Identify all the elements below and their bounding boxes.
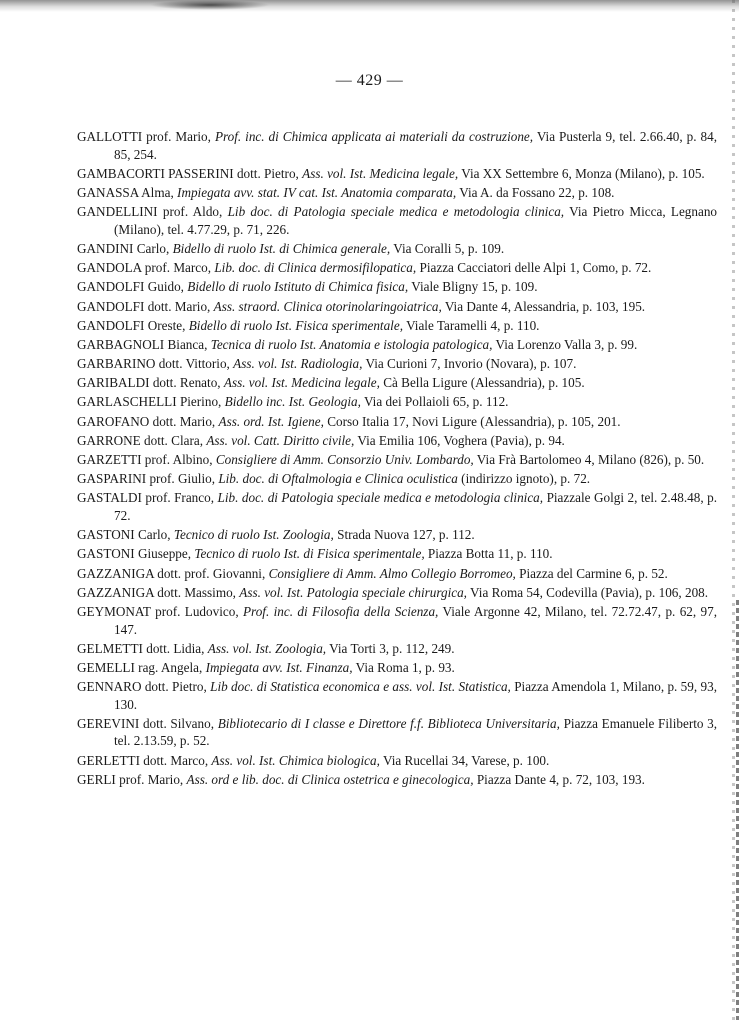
entry-person: dott. Clara, bbox=[144, 433, 203, 448]
entry-address: Corso Italia 17, Novi Ligure (Alessandri… bbox=[327, 414, 620, 429]
entry-role: Bidello inc. Ist. Geologia, bbox=[225, 394, 361, 409]
directory-entry: GELMETTI dott. Lidia, Ass. vol. Ist. Zoo… bbox=[77, 640, 717, 658]
entry-name: GAROFANO bbox=[77, 414, 149, 429]
entry-name: GARZETTI bbox=[77, 452, 141, 467]
entry-person: dott. Massimo, bbox=[157, 585, 236, 600]
directory-entry: GANDOLFI Guido, Bidello di ruolo Istitut… bbox=[77, 278, 717, 296]
entry-address: Via Torti 3, p. 112, 249. bbox=[329, 641, 454, 656]
entry-name: GAMBACORTI PASSERINI bbox=[77, 166, 234, 181]
entry-person: dott. Pietro, bbox=[145, 679, 207, 694]
entry-role: Ass. vol. Ist. Medicina legale, bbox=[224, 375, 380, 390]
entry-role: Bidello di ruolo Istituto di Chimica fis… bbox=[187, 279, 408, 294]
directory-entry: GALLOTTI prof. Mario, Prof. inc. di Chim… bbox=[77, 128, 717, 163]
entry-name: GELMETTI bbox=[77, 641, 143, 656]
entry-person: rag. Angela, bbox=[138, 660, 202, 675]
entry-name: GARLASCHELLI bbox=[77, 394, 177, 409]
entry-person: dott. Renato, bbox=[153, 375, 221, 390]
directory-entry: GASTONI Giuseppe, Tecnico di ruolo Ist. … bbox=[77, 545, 717, 563]
entry-person: Alma, bbox=[141, 185, 174, 200]
entry-role: Ass. vol. Ist. Radiologia, bbox=[233, 356, 362, 371]
entry-role: Impiegata avv. Ist. Finanza, bbox=[206, 660, 353, 675]
entry-name: GAZZANIGA bbox=[77, 585, 154, 600]
entry-person: Pierino, bbox=[180, 394, 221, 409]
directory-entry: GARRONE dott. Clara, Ass. vol. Catt. Dir… bbox=[77, 432, 717, 450]
entry-role: Ass. vol. Ist. Zoologia, bbox=[208, 641, 326, 656]
entry-address: Cà Bella Ligure (Alessandria), p. 105. bbox=[383, 375, 584, 390]
entry-name: GEYMONAT bbox=[77, 604, 151, 619]
entry-role: Ass. vol. Ist. Medicina legale, bbox=[302, 166, 458, 181]
entry-name: GERLI bbox=[77, 772, 116, 787]
directory-entry: GANDOLA prof. Marco, Lib. doc. di Clinic… bbox=[77, 259, 717, 277]
entry-role: Tecnica di ruolo Ist. Anatomia e istolog… bbox=[211, 337, 493, 352]
entry-address: Viale Taramelli 4, p. 110. bbox=[406, 318, 539, 333]
entry-address: Via Lorenzo Valla 3, p. 99. bbox=[495, 337, 637, 352]
entry-name: GANASSA bbox=[77, 185, 139, 200]
entry-person: prof. Mario, bbox=[146, 129, 211, 144]
entry-address: Viale Bligny 15, p. 109. bbox=[411, 279, 537, 294]
entry-name: GASTALDI bbox=[77, 490, 142, 505]
scan-top-edge bbox=[0, 0, 739, 12]
entry-name: GEMELLI bbox=[77, 660, 135, 675]
directory-entry: GASPARINI prof. Giulio, Lib. doc. di Oft… bbox=[77, 470, 717, 488]
entry-address: Via Curioni 7, Invorio (Novara), p. 107. bbox=[366, 356, 577, 371]
entry-address: Piazza Dante 4, p. 72, 103, 193. bbox=[477, 772, 645, 787]
entry-address: Strada Nuova 127, p. 112. bbox=[337, 527, 475, 542]
scan-right-edge bbox=[732, 0, 735, 1024]
directory-entry: GANDOLFI Oreste, Bidello di ruolo Ist. F… bbox=[77, 317, 717, 335]
entry-person: prof. Giulio, bbox=[149, 471, 215, 486]
entry-person: dott. Vittorio, bbox=[159, 356, 230, 371]
entry-name: GARBARINO bbox=[77, 356, 155, 371]
entry-name: GERLETTI bbox=[77, 753, 140, 768]
entry-person: dott. Mario, bbox=[148, 299, 211, 314]
directory-entry: GEMELLI rag. Angela, Impiegata avv. Ist.… bbox=[77, 659, 717, 677]
entry-role: Bidello di ruolo Ist. di Chimica general… bbox=[173, 241, 391, 256]
directory-entry: GAROFANO dott. Mario, Ass. ord. Ist. Igi… bbox=[77, 413, 717, 431]
entry-person: Bianca, bbox=[167, 337, 207, 352]
entry-role: Tecnico di ruolo Ist. Zoologia, bbox=[174, 527, 334, 542]
entry-address: Via A. da Fossano 22, p. 108. bbox=[459, 185, 614, 200]
entry-address: Via Coralli 5, p. 109. bbox=[393, 241, 504, 256]
directory-entry: GANDINI Carlo, Bidello di ruolo Ist. di … bbox=[77, 240, 717, 258]
entry-role: Prof. inc. di Filosofia della Scienza, bbox=[243, 604, 438, 619]
directory-entry: GARZETTI prof. Albino, Consigliere di Am… bbox=[77, 451, 717, 469]
entry-name: GANDINI bbox=[77, 241, 133, 256]
entry-name: GANDOLFI bbox=[77, 318, 144, 333]
entry-role: Lib doc. di Patologia speciale medica e … bbox=[228, 204, 565, 219]
directory-entry: GARBARINO dott. Vittorio, Ass. vol. Ist.… bbox=[77, 355, 717, 373]
entry-name: GALLOTTI bbox=[77, 129, 142, 144]
entry-address: Piazza del Carmine 6, p. 52. bbox=[519, 566, 668, 581]
entry-address: Via Dante 4, Alessandria, p. 103, 195. bbox=[445, 299, 645, 314]
entry-person: prof. Aldo, bbox=[163, 204, 222, 219]
entry-person: dott. Silvano, bbox=[143, 716, 214, 731]
directory-entries: GALLOTTI prof. Mario, Prof. inc. di Chim… bbox=[77, 128, 717, 790]
entry-role: Lib. doc. di Clinica dermosifilopatica, bbox=[214, 260, 416, 275]
entry-role: Ass. straord. Clinica otorinolaringoiatr… bbox=[214, 299, 442, 314]
entry-name: GARIBALDI bbox=[77, 375, 150, 390]
entry-person: dott. Mario, bbox=[153, 414, 216, 429]
directory-entry: GARLASCHELLI Pierino, Bidello inc. Ist. … bbox=[77, 393, 717, 411]
directory-entry: GAMBACORTI PASSERINI dott. Pietro, Ass. … bbox=[77, 165, 717, 183]
directory-entry: GERLI prof. Mario, Ass. ord e lib. doc. … bbox=[77, 771, 717, 789]
entry-name: GASTONI bbox=[77, 546, 135, 561]
entry-person: Guido, bbox=[148, 279, 184, 294]
entry-name: GANDOLA bbox=[77, 260, 141, 275]
directory-entry: GANDELLINI prof. Aldo, Lib doc. di Patol… bbox=[77, 203, 717, 238]
entry-address: Via Frà Bartolomeo 4, Milano (826), p. 5… bbox=[477, 452, 704, 467]
entry-person: Carlo, bbox=[137, 241, 170, 256]
entry-name: GENNARO bbox=[77, 679, 141, 694]
directory-entry: GAZZANIGA dott. prof. Giovanni, Consigli… bbox=[77, 565, 717, 583]
directory-entry: GARBAGNOLI Bianca, Tecnica di ruolo Ist.… bbox=[77, 336, 717, 354]
entry-person: prof. Ludovico, bbox=[155, 604, 238, 619]
entry-role: Ass. ord e lib. doc. di Clinica ostetric… bbox=[187, 772, 474, 787]
entry-address: Piazza Cacciatori delle Alpi 1, Como, p.… bbox=[419, 260, 651, 275]
entry-address: Via dei Pollaioli 65, p. 112. bbox=[364, 394, 509, 409]
directory-entry: GAZZANIGA dott. Massimo, Ass. vol. Ist. … bbox=[77, 584, 717, 602]
entry-role: Consigliere di Amm. Consorzio Univ. Lomb… bbox=[216, 452, 474, 467]
entry-person: dott. Marco, bbox=[143, 753, 208, 768]
entry-role: Prof. inc. di Chimica applicata ai mater… bbox=[215, 129, 533, 144]
entry-name: GEREVINI bbox=[77, 716, 139, 731]
entry-person: Oreste, bbox=[148, 318, 186, 333]
entry-name: GANDOLFI bbox=[77, 299, 144, 314]
entry-role: Ass. vol. Catt. Diritto civile, bbox=[206, 433, 354, 448]
entry-address: Via Rucellai 34, Varese, p. 100. bbox=[383, 753, 549, 768]
entry-name: GARBAGNOLI bbox=[77, 337, 164, 352]
entry-address: (indirizzo ignoto), p. 72. bbox=[461, 471, 590, 486]
directory-entry: GANASSA Alma, Impiegata avv. stat. IV ca… bbox=[77, 184, 717, 202]
entry-person: prof. Franco, bbox=[145, 490, 214, 505]
entry-person: prof. Mario, bbox=[119, 772, 183, 787]
entry-role: Lib. doc. di Oftalmologia e Clinica ocul… bbox=[218, 471, 458, 486]
directory-entry: GEREVINI dott. Silvano, Bibliotecario di… bbox=[77, 715, 717, 750]
entry-name: GARRONE bbox=[77, 433, 141, 448]
entry-role: Bidello di ruolo Ist. Fisica sperimental… bbox=[189, 318, 403, 333]
scan-top-smudge bbox=[150, 0, 270, 10]
entry-address: Via Emilia 106, Voghera (Pavia), p. 94. bbox=[357, 433, 564, 448]
entry-address: Piazza Botta 11, p. 110. bbox=[428, 546, 553, 561]
entry-address: Via Roma 54, Codevilla (Pavia), p. 106, … bbox=[470, 585, 708, 600]
entry-role: Ass. vol. Ist. Chimica biologica, bbox=[211, 753, 380, 768]
entry-person: dott. Lidia, bbox=[146, 641, 204, 656]
entry-role: Lib doc. di Statistica economica e ass. … bbox=[210, 679, 511, 694]
directory-entry: GEYMONAT prof. Ludovico, Prof. inc. di F… bbox=[77, 603, 717, 638]
entry-role: Impiegata avv. stat. IV cat. Ist. Anatom… bbox=[177, 185, 456, 200]
entry-role: Ass. vol. Ist. Patologia speciale chirur… bbox=[239, 585, 467, 600]
entry-person: dott. Pietro, bbox=[237, 166, 299, 181]
entry-person: Carlo, bbox=[138, 527, 171, 542]
directory-entry: GANDOLFI dott. Mario, Ass. straord. Clin… bbox=[77, 298, 717, 316]
directory-entry: GASTALDI prof. Franco, Lib. doc. di Pato… bbox=[77, 489, 717, 524]
entry-person: prof. Albino, bbox=[145, 452, 213, 467]
entry-address: Via Roma 1, p. 93. bbox=[356, 660, 455, 675]
entry-person: prof. Marco, bbox=[145, 260, 211, 275]
entry-person: Giuseppe, bbox=[138, 546, 191, 561]
directory-entry: GARIBALDI dott. Renato, Ass. vol. Ist. M… bbox=[77, 374, 717, 392]
directory-entry: GASTONI Carlo, Tecnico di ruolo Ist. Zoo… bbox=[77, 526, 717, 544]
entry-name: GAZZANIGA bbox=[77, 566, 154, 581]
entry-name: GASPARINI bbox=[77, 471, 146, 486]
entry-name: GANDOLFI bbox=[77, 279, 144, 294]
entry-name: GANDELLINI bbox=[77, 204, 158, 219]
entry-address: Via XX Settembre 6, Monza (Milano), p. 1… bbox=[461, 166, 705, 181]
directory-entry: GENNARO dott. Pietro, Lib doc. di Statis… bbox=[77, 678, 717, 713]
directory-entry: GERLETTI dott. Marco, Ass. vol. Ist. Chi… bbox=[77, 752, 717, 770]
entry-role: Bibliotecario di I classe e Direttore f.… bbox=[218, 716, 560, 731]
entry-role: Tecnico di ruolo Ist. di Fisica sperimen… bbox=[194, 546, 424, 561]
entry-role: Lib. doc. di Patologia speciale medica e… bbox=[218, 490, 544, 505]
entry-person: dott. prof. Giovanni, bbox=[157, 566, 265, 581]
page-number: — 429 — bbox=[0, 72, 739, 90]
entry-name: GASTONI bbox=[77, 527, 135, 542]
entry-role: Consigliere di Amm. Almo Collegio Borrom… bbox=[269, 566, 516, 581]
entry-role: Ass. ord. Ist. Igiene, bbox=[219, 414, 324, 429]
